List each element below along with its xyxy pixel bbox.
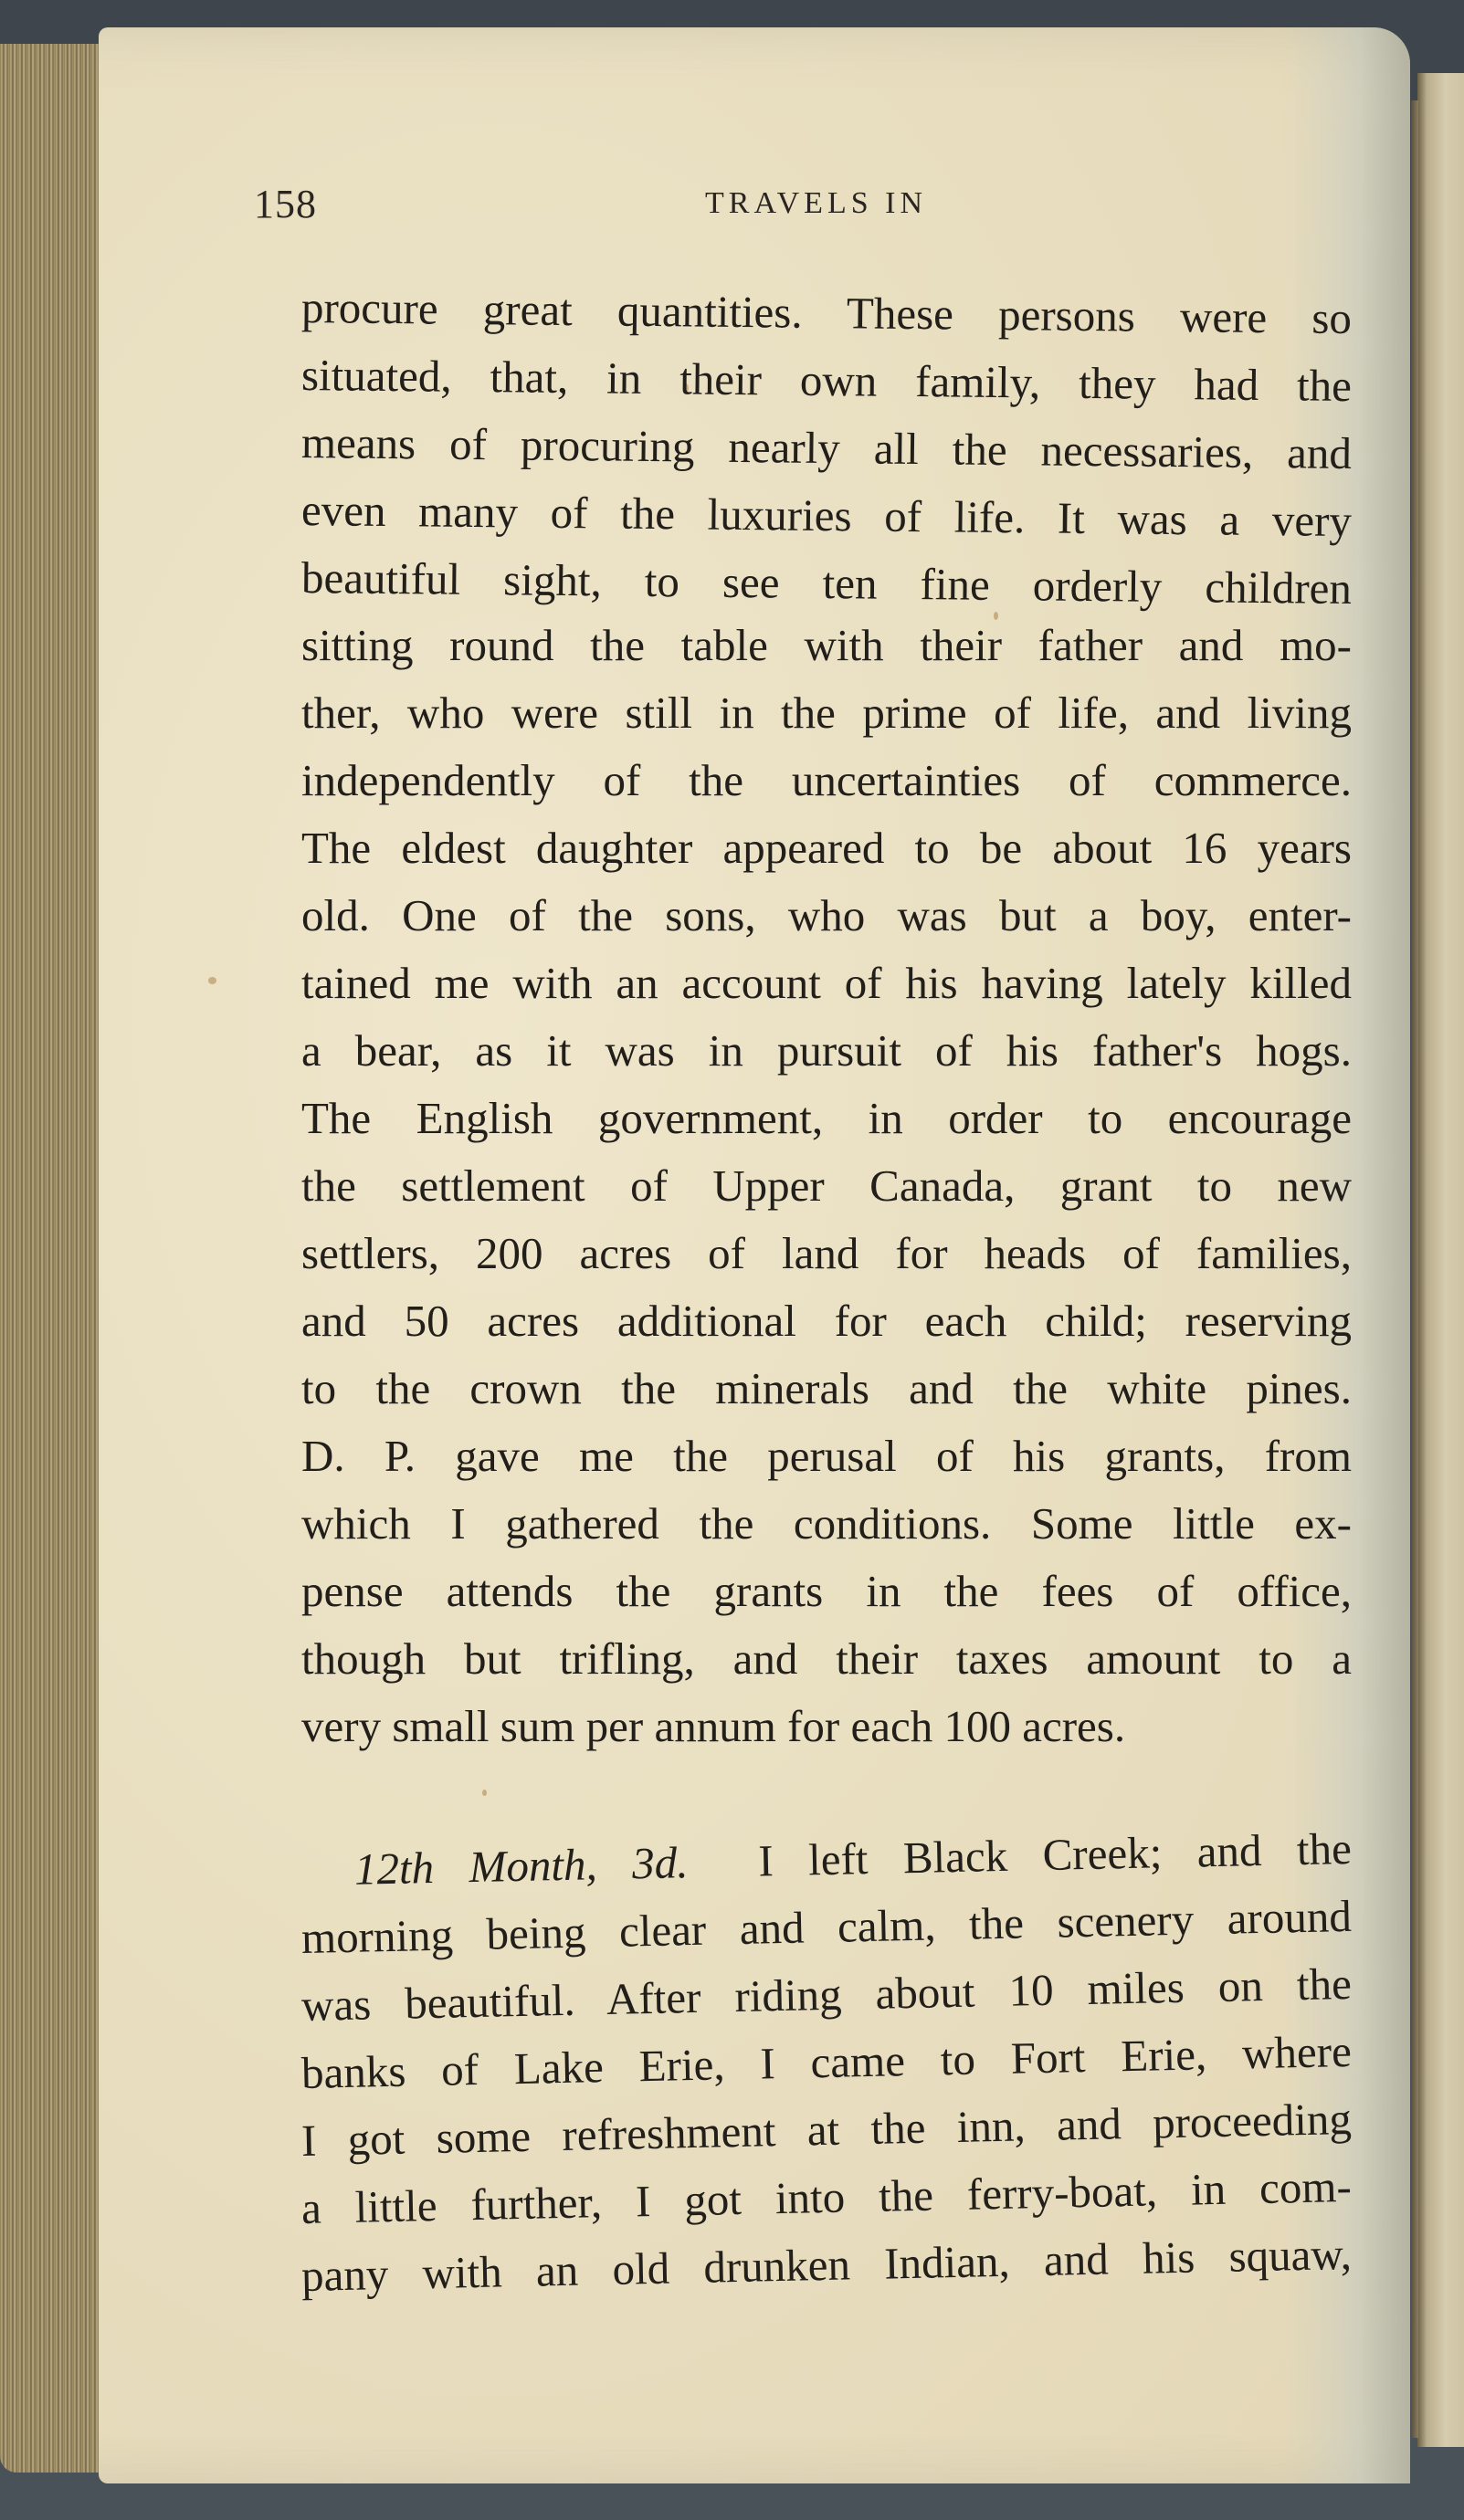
facing-page-edge [1417, 73, 1464, 2447]
paragraph-1: procure great quantities. These persons … [301, 274, 1352, 1760]
text-line: D. P. gave me the perusal of his grants,… [301, 1423, 1352, 1490]
text-line: means of procuring nearly all the necess… [301, 409, 1353, 488]
running-head: 158 TRAVELS IN [0, 181, 1464, 226]
text-line: settlers, 200 acres of land for heads of… [301, 1220, 1352, 1287]
text-line: a bear, as it was in pursuit of his fath… [301, 1017, 1352, 1085]
text-line: and 50 acres additional for each child; … [301, 1287, 1352, 1355]
paper-stain [208, 977, 216, 984]
text-line: sitting round the table with their fathe… [301, 612, 1352, 679]
book-page-edges [0, 44, 102, 2473]
text-line: the settlement of Upper Canada, grant to… [301, 1152, 1352, 1220]
text-line: to the crown the minerals and the white … [301, 1355, 1352, 1423]
text-line: ther, who were still in the prime of lif… [301, 679, 1352, 747]
text-line: old. One of the sons, who was but a boy,… [301, 882, 1352, 950]
text-line: The English government, in order to enco… [301, 1085, 1352, 1152]
paragraph-2: 12th Month, 3d. I left Black Creek; and … [301, 1837, 1352, 2310]
text-line: independently of the uncertainties of co… [301, 747, 1352, 814]
text-line: pense attends the grants in the fees of … [301, 1558, 1352, 1625]
text-line: though but trifling, and their taxes amo… [301, 1625, 1352, 1693]
text-line: tained me with an account of his having … [301, 950, 1352, 1017]
journal-date: 12th Month, 3d. [353, 1837, 689, 1895]
book-gutter [1411, 100, 1418, 2438]
page-number: 158 [254, 181, 317, 227]
running-head-title: TRAVELS IN [705, 186, 927, 221]
body-text: procure great quantities. These persons … [301, 274, 1352, 2310]
text-line: The eldest daughter appeared to be about… [301, 814, 1352, 882]
text-line: beautiful sight, to see ten fine orderly… [301, 544, 1353, 623]
text-line: even many of the luxuries of life. It wa… [301, 477, 1353, 555]
text-line: very small sum per annum for each 100 ac… [301, 1693, 1352, 1760]
text-line: situated, that, in their own family, the… [301, 341, 1353, 420]
text-line-rest: I left Black Creek; and the [758, 1823, 1353, 1886]
text-line: procure great quantities. These persons … [301, 274, 1353, 352]
text-line: which I gathered the conditions. Some li… [301, 1490, 1352, 1558]
